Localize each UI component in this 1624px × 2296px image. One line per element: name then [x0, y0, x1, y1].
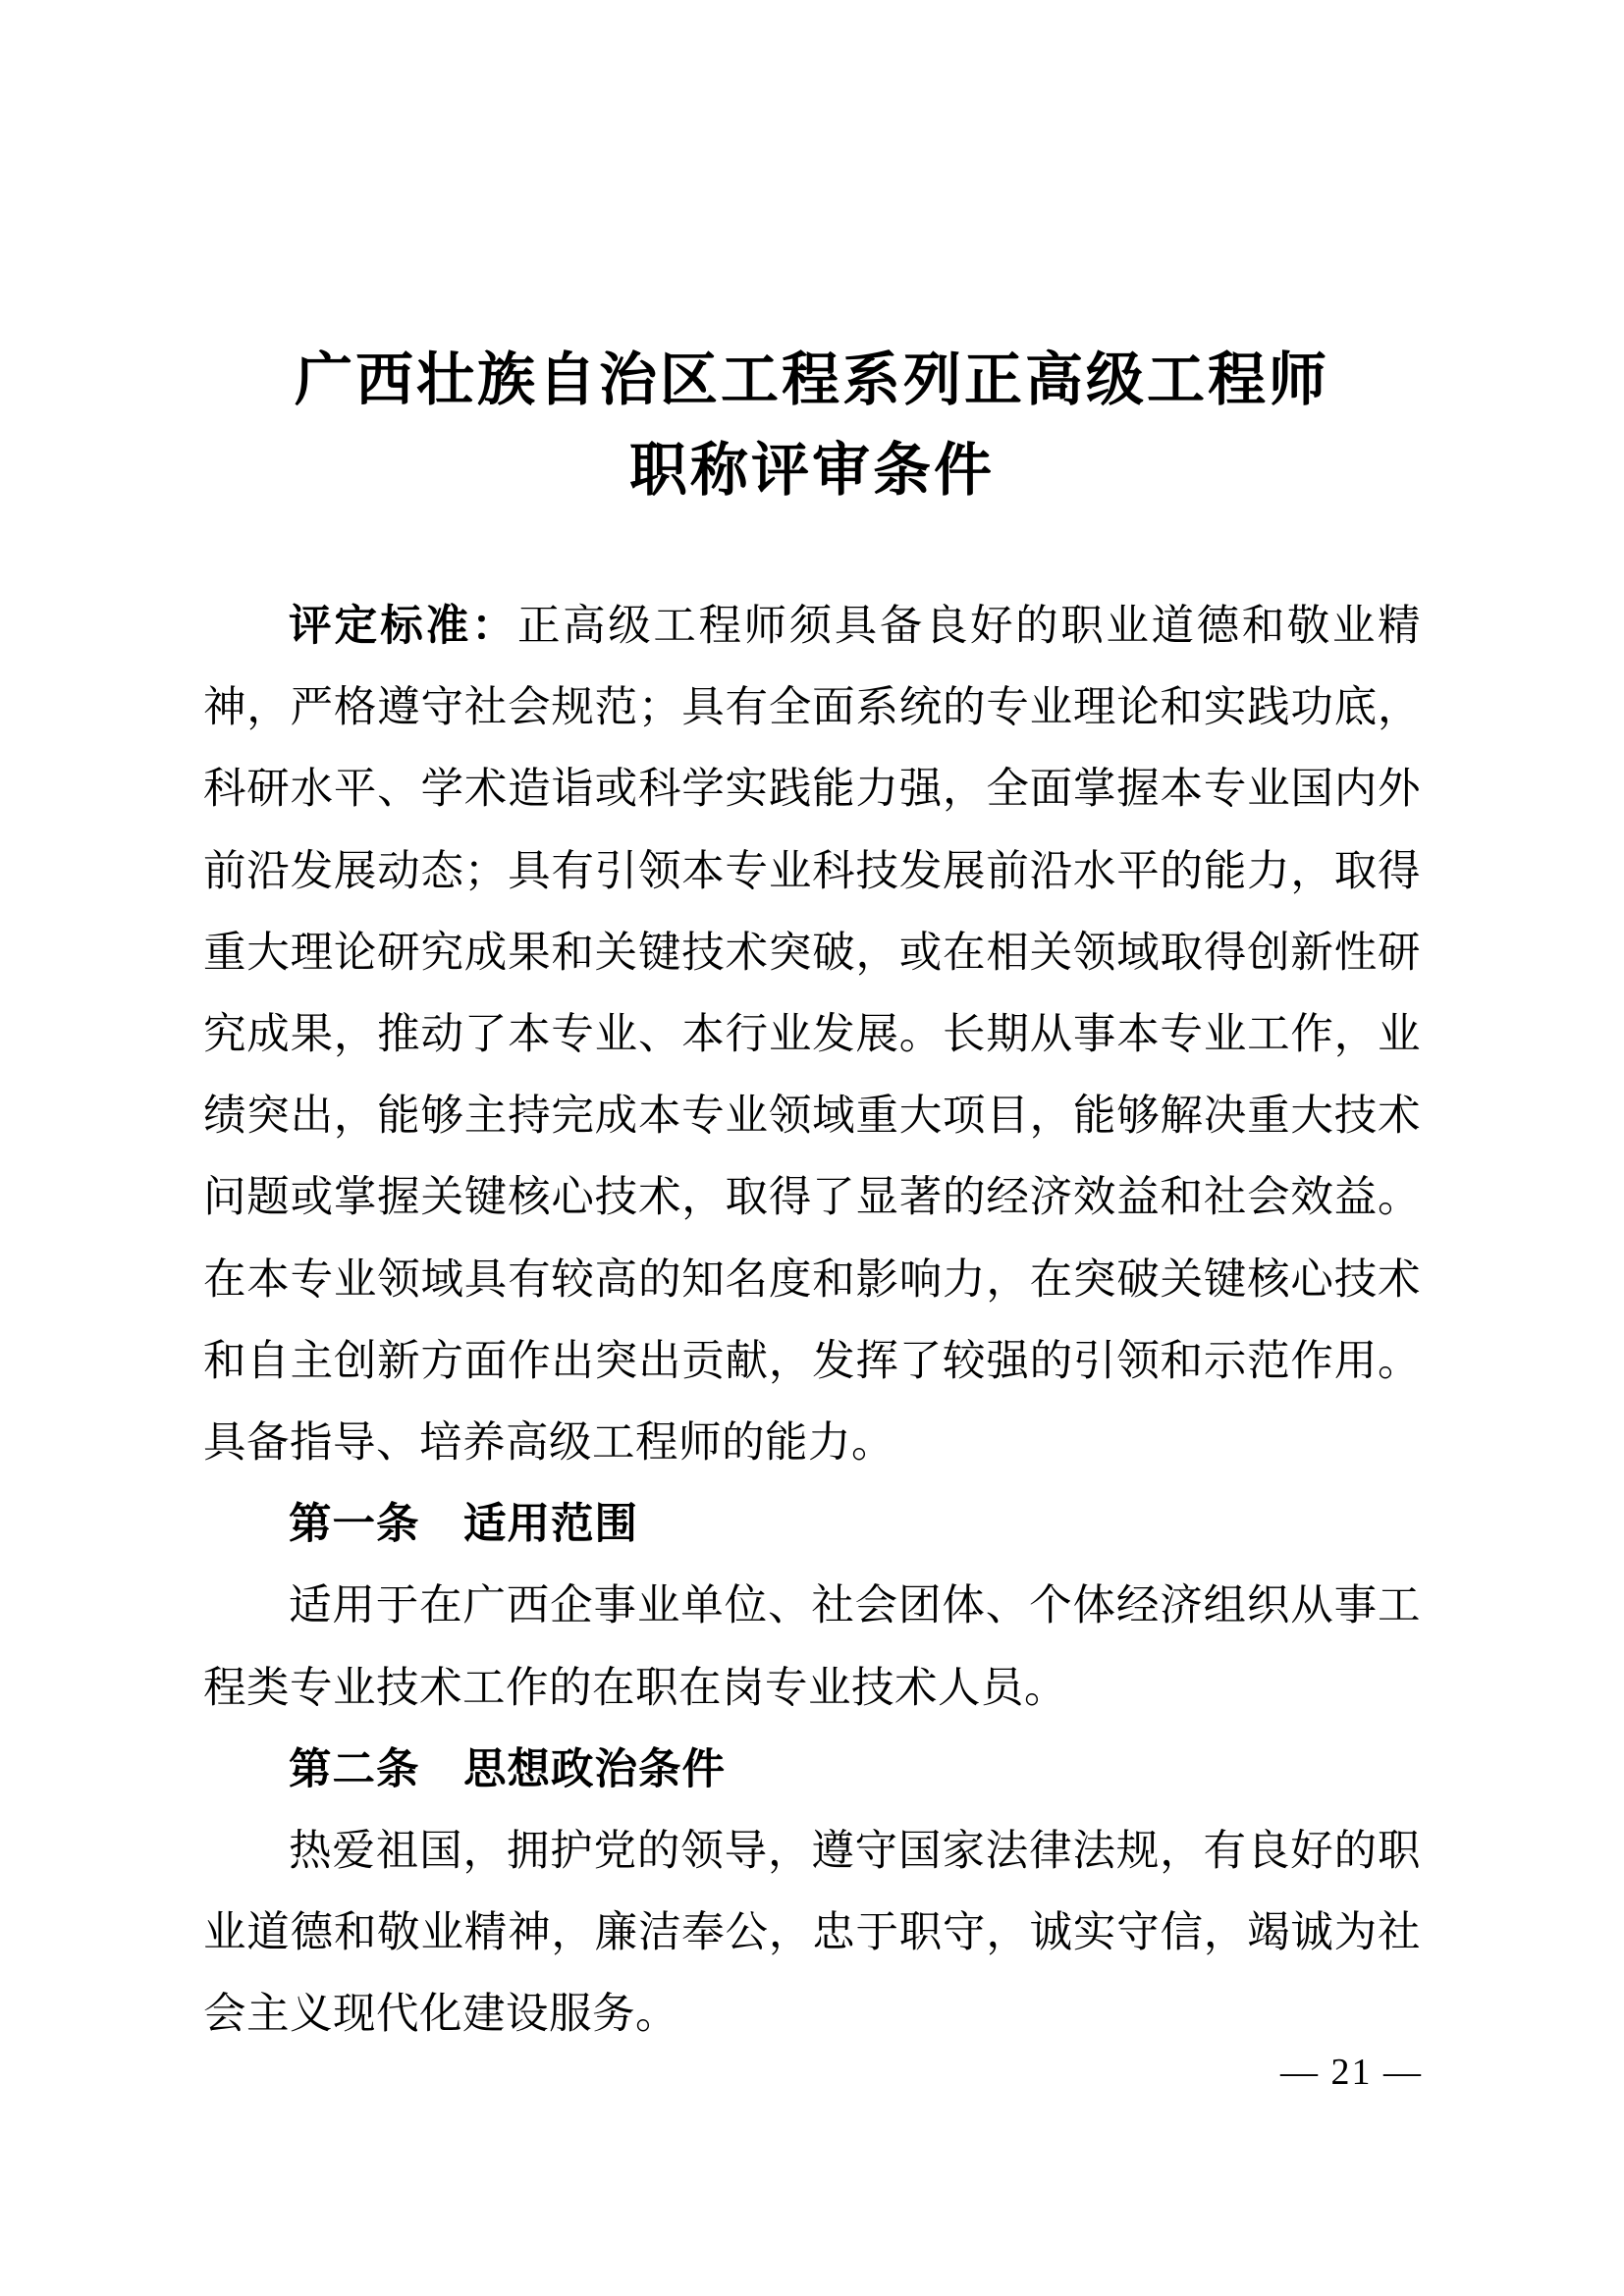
document-title: 广西壮族自治区工程系列正高级工程师 职称评审条件	[0, 335, 1624, 515]
evaluation-standard-label: 评定标准：	[289, 603, 517, 650]
body-line: 程类专业技术工作的在职在岗专业技术人员。	[203, 1648, 1421, 1730]
body-line: 适用于在广西企事业单位、社会团体、个体经济组织从事工	[203, 1566, 1421, 1647]
document-title-line2: 职称评审条件	[0, 425, 1624, 515]
body-line: 问题或掌握关键核心技术，取得了显著的经济效益和社会效益。	[203, 1157, 1421, 1239]
body-line: 在本专业领域具有较高的知名度和影响力，在突破关键核心技术	[203, 1240, 1421, 1321]
body-line: 具备指导、培养高级工程师的能力。	[203, 1403, 1421, 1484]
body-line: 和自主创新方面作出突出贡献，发挥了较强的引领和示范作用。	[203, 1321, 1421, 1403]
body-line: 热爱祖国，拥护党的领导，遵守国家法律法规，有良好的职	[203, 1811, 1421, 1893]
body-line: 评定标准：正高级工程师须具备良好的职业道德和敬业精	[203, 586, 1421, 667]
document-title-line1: 广西壮族自治区工程系列正高级工程师	[0, 335, 1624, 425]
document-page: 广西壮族自治区工程系列正高级工程师 职称评审条件 评定标准：正高级工程师须具备良…	[0, 0, 1624, 2296]
document-body: 评定标准：正高级工程师须具备良好的职业道德和敬业精 神，严格遵守社会规范；具有全…	[203, 586, 1421, 2056]
body-line: 重大理论研究成果和关键技术突破，或在相关领域取得创新性研	[203, 913, 1421, 994]
section-heading-article-2: 第二条 思想政治条件	[203, 1730, 1421, 1811]
body-line-text: 正高级工程师须具备良好的职业道德和敬业精	[517, 603, 1421, 650]
section-heading-article-1: 第一条 适用范围	[203, 1484, 1421, 1566]
body-line: 业道德和敬业精神，廉洁奉公，忠于职守，诚实守信，竭诚为社	[203, 1893, 1421, 1974]
page-number: — 21 —	[1280, 2051, 1423, 2094]
body-line: 会主义现代化建设服务。	[203, 1974, 1421, 2056]
body-line: 神，严格遵守社会规范；具有全面系统的专业理论和实践功底，	[203, 667, 1421, 749]
body-line: 究成果，推动了本专业、本行业发展。长期从事本专业工作，业	[203, 994, 1421, 1076]
body-line: 绩突出，能够主持完成本专业领域重大项目，能够解决重大技术	[203, 1076, 1421, 1157]
body-line: 前沿发展动态；具有引领本专业科技发展前沿水平的能力，取得	[203, 831, 1421, 913]
body-line: 科研水平、学术造诣或科学实践能力强，全面掌握本专业国内外	[203, 749, 1421, 830]
